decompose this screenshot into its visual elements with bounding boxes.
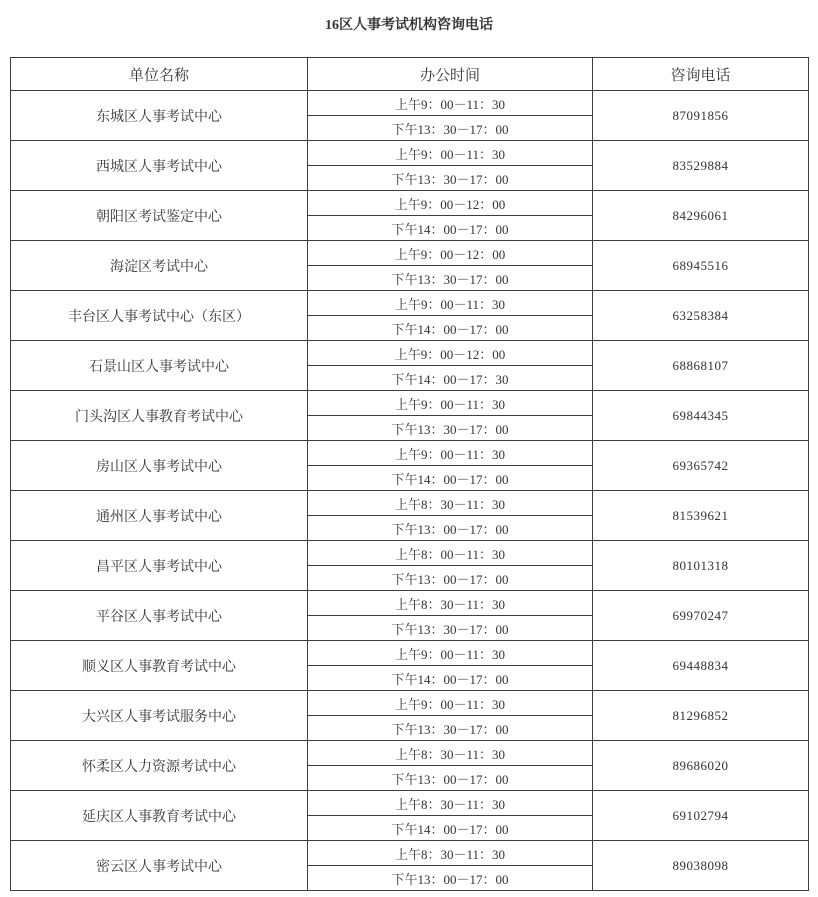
- afternoon-hours-cell: 下午13：30－17：00: [308, 416, 593, 441]
- phone-number-cell: 81539621: [593, 491, 809, 541]
- afternoon-hours-cell: 下午14：00－17：00: [308, 466, 593, 491]
- morning-hours-cell: 上午9：00－11：30: [308, 291, 593, 316]
- unit-name-cell: 西城区人事考试中心: [11, 141, 308, 191]
- table-row: 石景山区人事考试中心 上午9：00－12：00 68868107: [11, 341, 809, 366]
- unit-name-cell: 朝阳区考试鉴定中心: [11, 191, 308, 241]
- table-row: 海淀区考试中心 上午9：00－12：00 68945516: [11, 241, 809, 266]
- phone-number-cell: 87091856: [593, 91, 809, 141]
- morning-hours-cell: 上午9：00－11：30: [308, 691, 593, 716]
- phone-directory-table: 单位名称 办公时间 咨询电话 东城区人事考试中心 上午9：00－11：30 87…: [10, 57, 809, 891]
- unit-name-cell: 密云区人事考试中心: [11, 841, 308, 891]
- morning-hours-cell: 上午9：00－12：00: [308, 191, 593, 216]
- table-row: 通州区人事考试中心 上午8：30－11：30 81539621: [11, 491, 809, 516]
- unit-name-cell: 大兴区人事考试服务中心: [11, 691, 308, 741]
- morning-hours-cell: 上午8：30－11：30: [308, 841, 593, 866]
- afternoon-hours-cell: 下午14：00－17：00: [308, 216, 593, 241]
- morning-hours-cell: 上午9：00－11：30: [308, 391, 593, 416]
- unit-name-cell: 门头沟区人事教育考试中心: [11, 391, 308, 441]
- afternoon-hours-cell: 下午13：00－17：00: [308, 516, 593, 541]
- unit-name-cell: 平谷区人事考试中心: [11, 591, 308, 641]
- unit-name-cell: 顺义区人事教育考试中心: [11, 641, 308, 691]
- phone-number-cell: 69448834: [593, 641, 809, 691]
- morning-hours-cell: 上午9：00－11：30: [308, 441, 593, 466]
- unit-name-cell: 东城区人事考试中心: [11, 91, 308, 141]
- unit-name-cell: 海淀区考试中心: [11, 241, 308, 291]
- table-row: 朝阳区考试鉴定中心 上午9：00－12：00 84296061: [11, 191, 809, 216]
- phone-number-cell: 63258384: [593, 291, 809, 341]
- table-row: 房山区人事考试中心 上午9：00－11：30 69365742: [11, 441, 809, 466]
- header-office-hours: 办公时间: [308, 58, 593, 91]
- unit-name-cell: 昌平区人事考试中心: [11, 541, 308, 591]
- table-row: 顺义区人事教育考试中心 上午9：00－11：30 69448834: [11, 641, 809, 666]
- table-row: 密云区人事考试中心 上午8：30－11：30 89038098: [11, 841, 809, 866]
- table-row: 昌平区人事考试中心 上午8：00－11：30 80101318: [11, 541, 809, 566]
- phone-number-cell: 68868107: [593, 341, 809, 391]
- phone-number-cell: 69970247: [593, 591, 809, 641]
- morning-hours-cell: 上午9：00－11：30: [308, 141, 593, 166]
- unit-name-cell: 石景山区人事考试中心: [11, 341, 308, 391]
- afternoon-hours-cell: 下午13：30－17：00: [308, 116, 593, 141]
- afternoon-hours-cell: 下午13：30－17：00: [308, 616, 593, 641]
- morning-hours-cell: 上午9：00－11：30: [308, 91, 593, 116]
- phone-number-cell: 89686020: [593, 741, 809, 791]
- phone-number-cell: 68945516: [593, 241, 809, 291]
- unit-name-cell: 通州区人事考试中心: [11, 491, 308, 541]
- morning-hours-cell: 上午8：00－11：30: [308, 541, 593, 566]
- phone-number-cell: 69365742: [593, 441, 809, 491]
- unit-name-cell: 房山区人事考试中心: [11, 441, 308, 491]
- afternoon-hours-cell: 下午13：30－17：00: [308, 266, 593, 291]
- afternoon-hours-cell: 下午13：30－17：00: [308, 716, 593, 741]
- table-row: 东城区人事考试中心 上午9：00－11：30 87091856: [11, 91, 809, 116]
- header-phone: 咨询电话: [593, 58, 809, 91]
- afternoon-hours-cell: 下午14：00－17：00: [308, 816, 593, 841]
- table-row: 延庆区人事教育考试中心 上午8：30－11：30 69102794: [11, 791, 809, 816]
- unit-name-cell: 丰台区人事考试中心（东区）: [11, 291, 308, 341]
- phone-number-cell: 69102794: [593, 791, 809, 841]
- table-row: 怀柔区人力资源考试中心 上午8：30－11：30 89686020: [11, 741, 809, 766]
- table-row: 丰台区人事考试中心（东区） 上午9：00－11：30 63258384: [11, 291, 809, 316]
- morning-hours-cell: 上午9：00－12：00: [308, 241, 593, 266]
- morning-hours-cell: 上午8：30－11：30: [308, 791, 593, 816]
- table-row: 门头沟区人事教育考试中心 上午9：00－11：30 69844345: [11, 391, 809, 416]
- morning-hours-cell: 上午9：00－12：00: [308, 341, 593, 366]
- afternoon-hours-cell: 下午13：00－17：00: [308, 866, 593, 891]
- morning-hours-cell: 上午8：30－11：30: [308, 491, 593, 516]
- afternoon-hours-cell: 下午13：00－17：00: [308, 566, 593, 591]
- phone-number-cell: 69844345: [593, 391, 809, 441]
- morning-hours-cell: 上午8：30－11：30: [308, 741, 593, 766]
- phone-number-cell: 81296852: [593, 691, 809, 741]
- table-body: 东城区人事考试中心 上午9：00－11：30 87091856 下午13：30－…: [11, 91, 809, 891]
- phone-number-cell: 83529884: [593, 141, 809, 191]
- afternoon-hours-cell: 下午13：30－17：00: [308, 166, 593, 191]
- phone-number-cell: 84296061: [593, 191, 809, 241]
- morning-hours-cell: 上午9：00－11：30: [308, 641, 593, 666]
- unit-name-cell: 延庆区人事教育考试中心: [11, 791, 308, 841]
- phone-number-cell: 89038098: [593, 841, 809, 891]
- table-header-row: 单位名称 办公时间 咨询电话: [11, 58, 809, 91]
- afternoon-hours-cell: 下午14：00－17：30: [308, 366, 593, 391]
- afternoon-hours-cell: 下午14：00－17：00: [308, 666, 593, 691]
- table-row: 大兴区人事考试服务中心 上午9：00－11：30 81296852: [11, 691, 809, 716]
- morning-hours-cell: 上午8：30－11：30: [308, 591, 593, 616]
- page-title: 16区人事考试机构咨询电话: [0, 14, 818, 34]
- unit-name-cell: 怀柔区人力资源考试中心: [11, 741, 308, 791]
- table-row: 西城区人事考试中心 上午9：00－11：30 83529884: [11, 141, 809, 166]
- header-unit-name: 单位名称: [11, 58, 308, 91]
- phone-number-cell: 80101318: [593, 541, 809, 591]
- table-row: 平谷区人事考试中心 上午8：30－11：30 69970247: [11, 591, 809, 616]
- afternoon-hours-cell: 下午13：00－17：00: [308, 766, 593, 791]
- afternoon-hours-cell: 下午14：00－17：00: [308, 316, 593, 341]
